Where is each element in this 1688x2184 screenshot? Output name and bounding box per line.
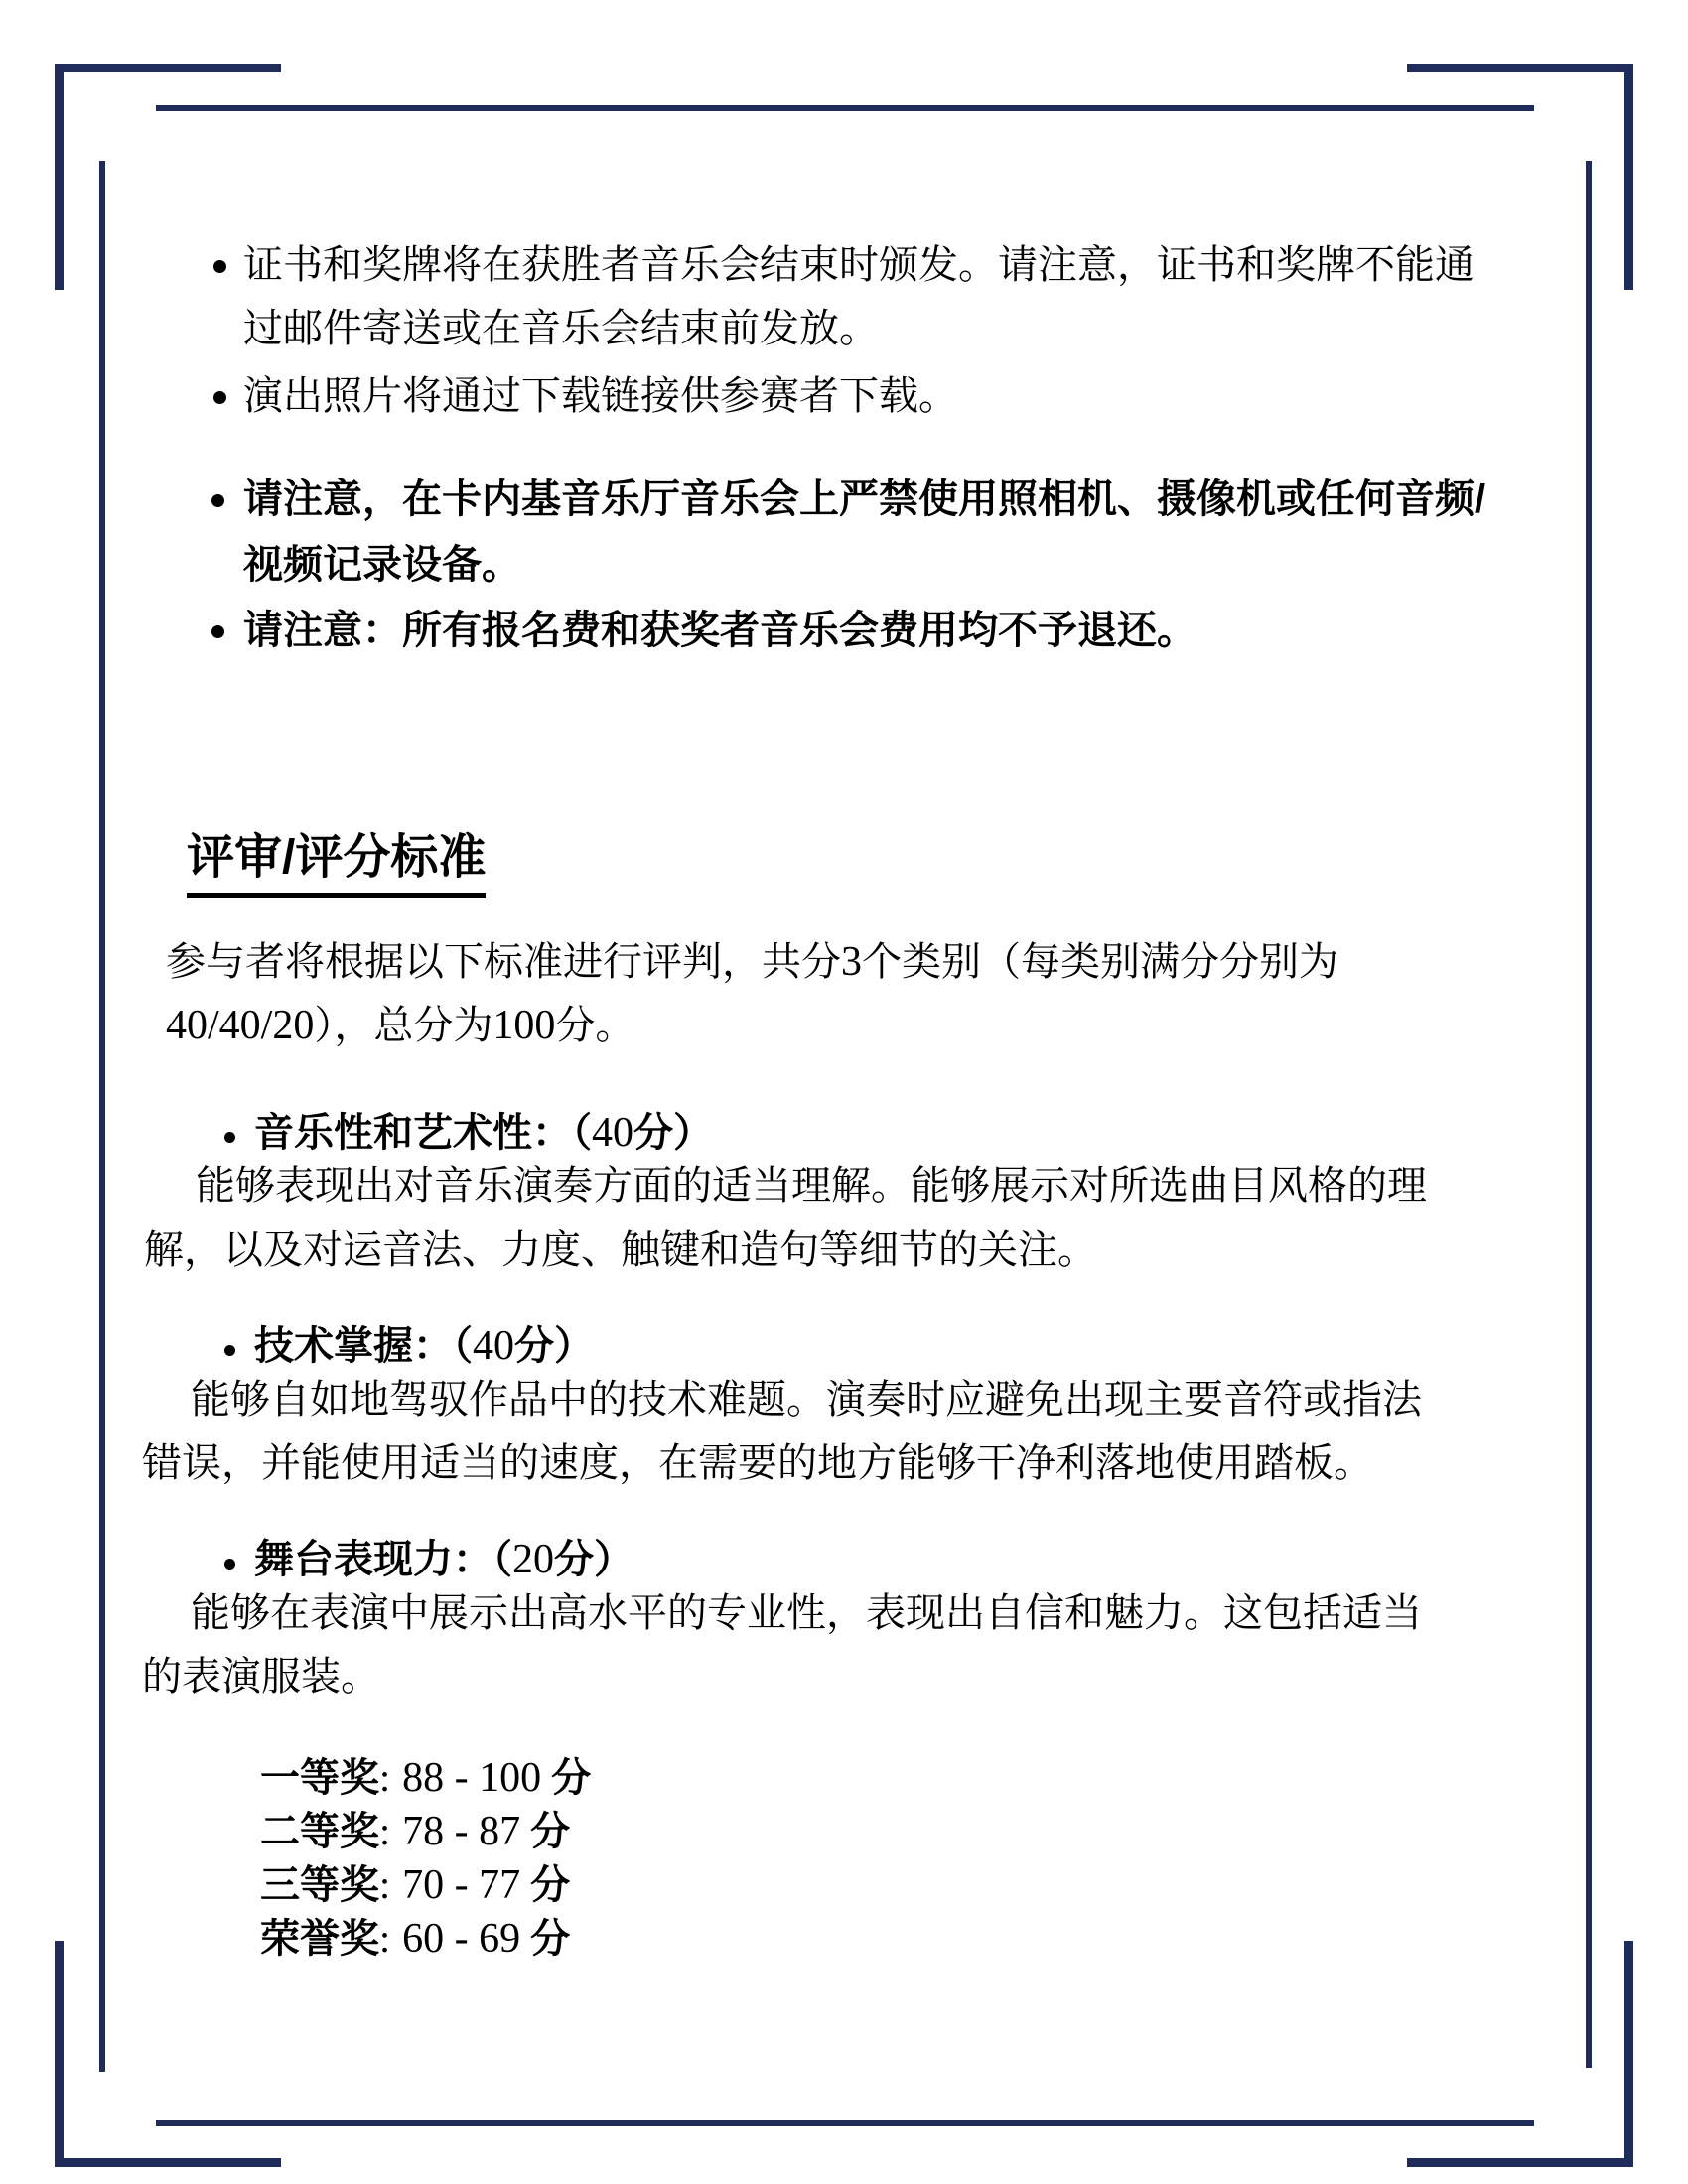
note-line: 请注意：所有报名费和获奖者音乐会费用均不予退还。	[243, 608, 1196, 653]
bullet-dot-icon	[213, 260, 226, 273]
criteria-body-line: 错误，并能使用适当的速度，在需要的地方能够干净利落地使用踏板。	[142, 1440, 1373, 1486]
frame-line-top	[156, 105, 1534, 111]
corner-bracket-bottom-left	[55, 1941, 281, 2167]
award-range: 60 - 69	[390, 1916, 530, 1962]
frame-line-bottom	[156, 2120, 1534, 2126]
bullet-dot-icon	[224, 1559, 235, 1570]
award-separator: :	[379, 1916, 390, 1961]
award-range: 78 - 87	[390, 1809, 530, 1854]
note-line: 请注意，在卡内基音乐厅音乐会上严禁使用照相机、摄像机或任何音频/	[243, 477, 1485, 522]
award-row: 一等奖:88 - 100分	[260, 1755, 591, 1801]
award-unit: 分	[530, 1810, 570, 1853]
criteria-body-line: 的表演服装。	[142, 1654, 380, 1700]
award-unit: 分	[530, 1917, 570, 1961]
criteria-body-line: 解，以及对运音法、力度、触键和造句等细节的关注。	[144, 1227, 1097, 1273]
award-label: 一等奖	[260, 1756, 379, 1800]
criteria-title: 舞台表现力：（20分）	[254, 1537, 633, 1582]
bullet-dot-icon	[213, 391, 226, 404]
award-label: 荣誉奖	[260, 1917, 379, 1961]
note-line: 证书和奖牌将在获胜者音乐会结束时颁发。请注意，证书和奖牌不能通	[243, 242, 1475, 288]
award-unit: 分	[530, 1863, 570, 1907]
award-separator: :	[379, 1862, 390, 1907]
award-row: 二等奖:78 - 87分	[260, 1809, 570, 1854]
bullet-dot-icon	[224, 1132, 235, 1143]
award-range: 88 - 100	[390, 1755, 551, 1801]
note-line: 演出照片将通过下载链接供参赛者下载。	[243, 373, 958, 419]
bullet-dot-icon	[224, 1345, 235, 1356]
bullet-dot-icon	[211, 494, 224, 507]
note-line: 过邮件寄送或在音乐会结束前发放。	[243, 306, 879, 351]
criteria-title: 技术掌握：（40分）	[254, 1323, 594, 1369]
award-separator: :	[379, 1809, 390, 1853]
award-separator: :	[379, 1755, 390, 1800]
award-row: 荣誉奖:60 - 69分	[260, 1916, 570, 1962]
criteria-title: 音乐性和艺术性：（40分）	[254, 1110, 713, 1156]
award-range: 70 - 77	[390, 1862, 530, 1908]
bullet-dot-icon	[211, 625, 224, 638]
frame-line-right	[1586, 161, 1592, 2068]
note-line: 视频记录设备。	[243, 542, 521, 588]
award-label: 三等奖	[260, 1863, 379, 1907]
award-unit: 分	[551, 1756, 591, 1800]
document-page: 证书和奖牌将在获胜者音乐会结束时颁发。请注意，证书和奖牌不能通 过邮件寄送或在音…	[0, 0, 1688, 2184]
criteria-body-line: 能够表现出对音乐演奏方面的适当理解。能够展示对所选曲目风格的理	[196, 1163, 1427, 1209]
intro-paragraph-line: 40/40/20），总分为100分。	[166, 1003, 634, 1048]
criteria-body-line: 能够自如地驾驭作品中的技术难题。演奏时应避免出现主要音符或指法	[191, 1377, 1422, 1423]
criteria-body-line: 能够在表演中展示出高水平的专业性，表现出自信和魅力。这包括适当	[191, 1590, 1422, 1636]
section-heading: 评审/评分标准	[187, 818, 486, 898]
award-label: 二等奖	[260, 1810, 379, 1853]
corner-bracket-bottom-right	[1407, 1941, 1633, 2167]
award-row: 三等奖:70 - 77分	[260, 1862, 570, 1908]
intro-paragraph-line: 参与者将根据以下标准进行评判，共分3个类别（每类别满分分别为	[166, 939, 1338, 985]
frame-line-left	[99, 161, 105, 2072]
